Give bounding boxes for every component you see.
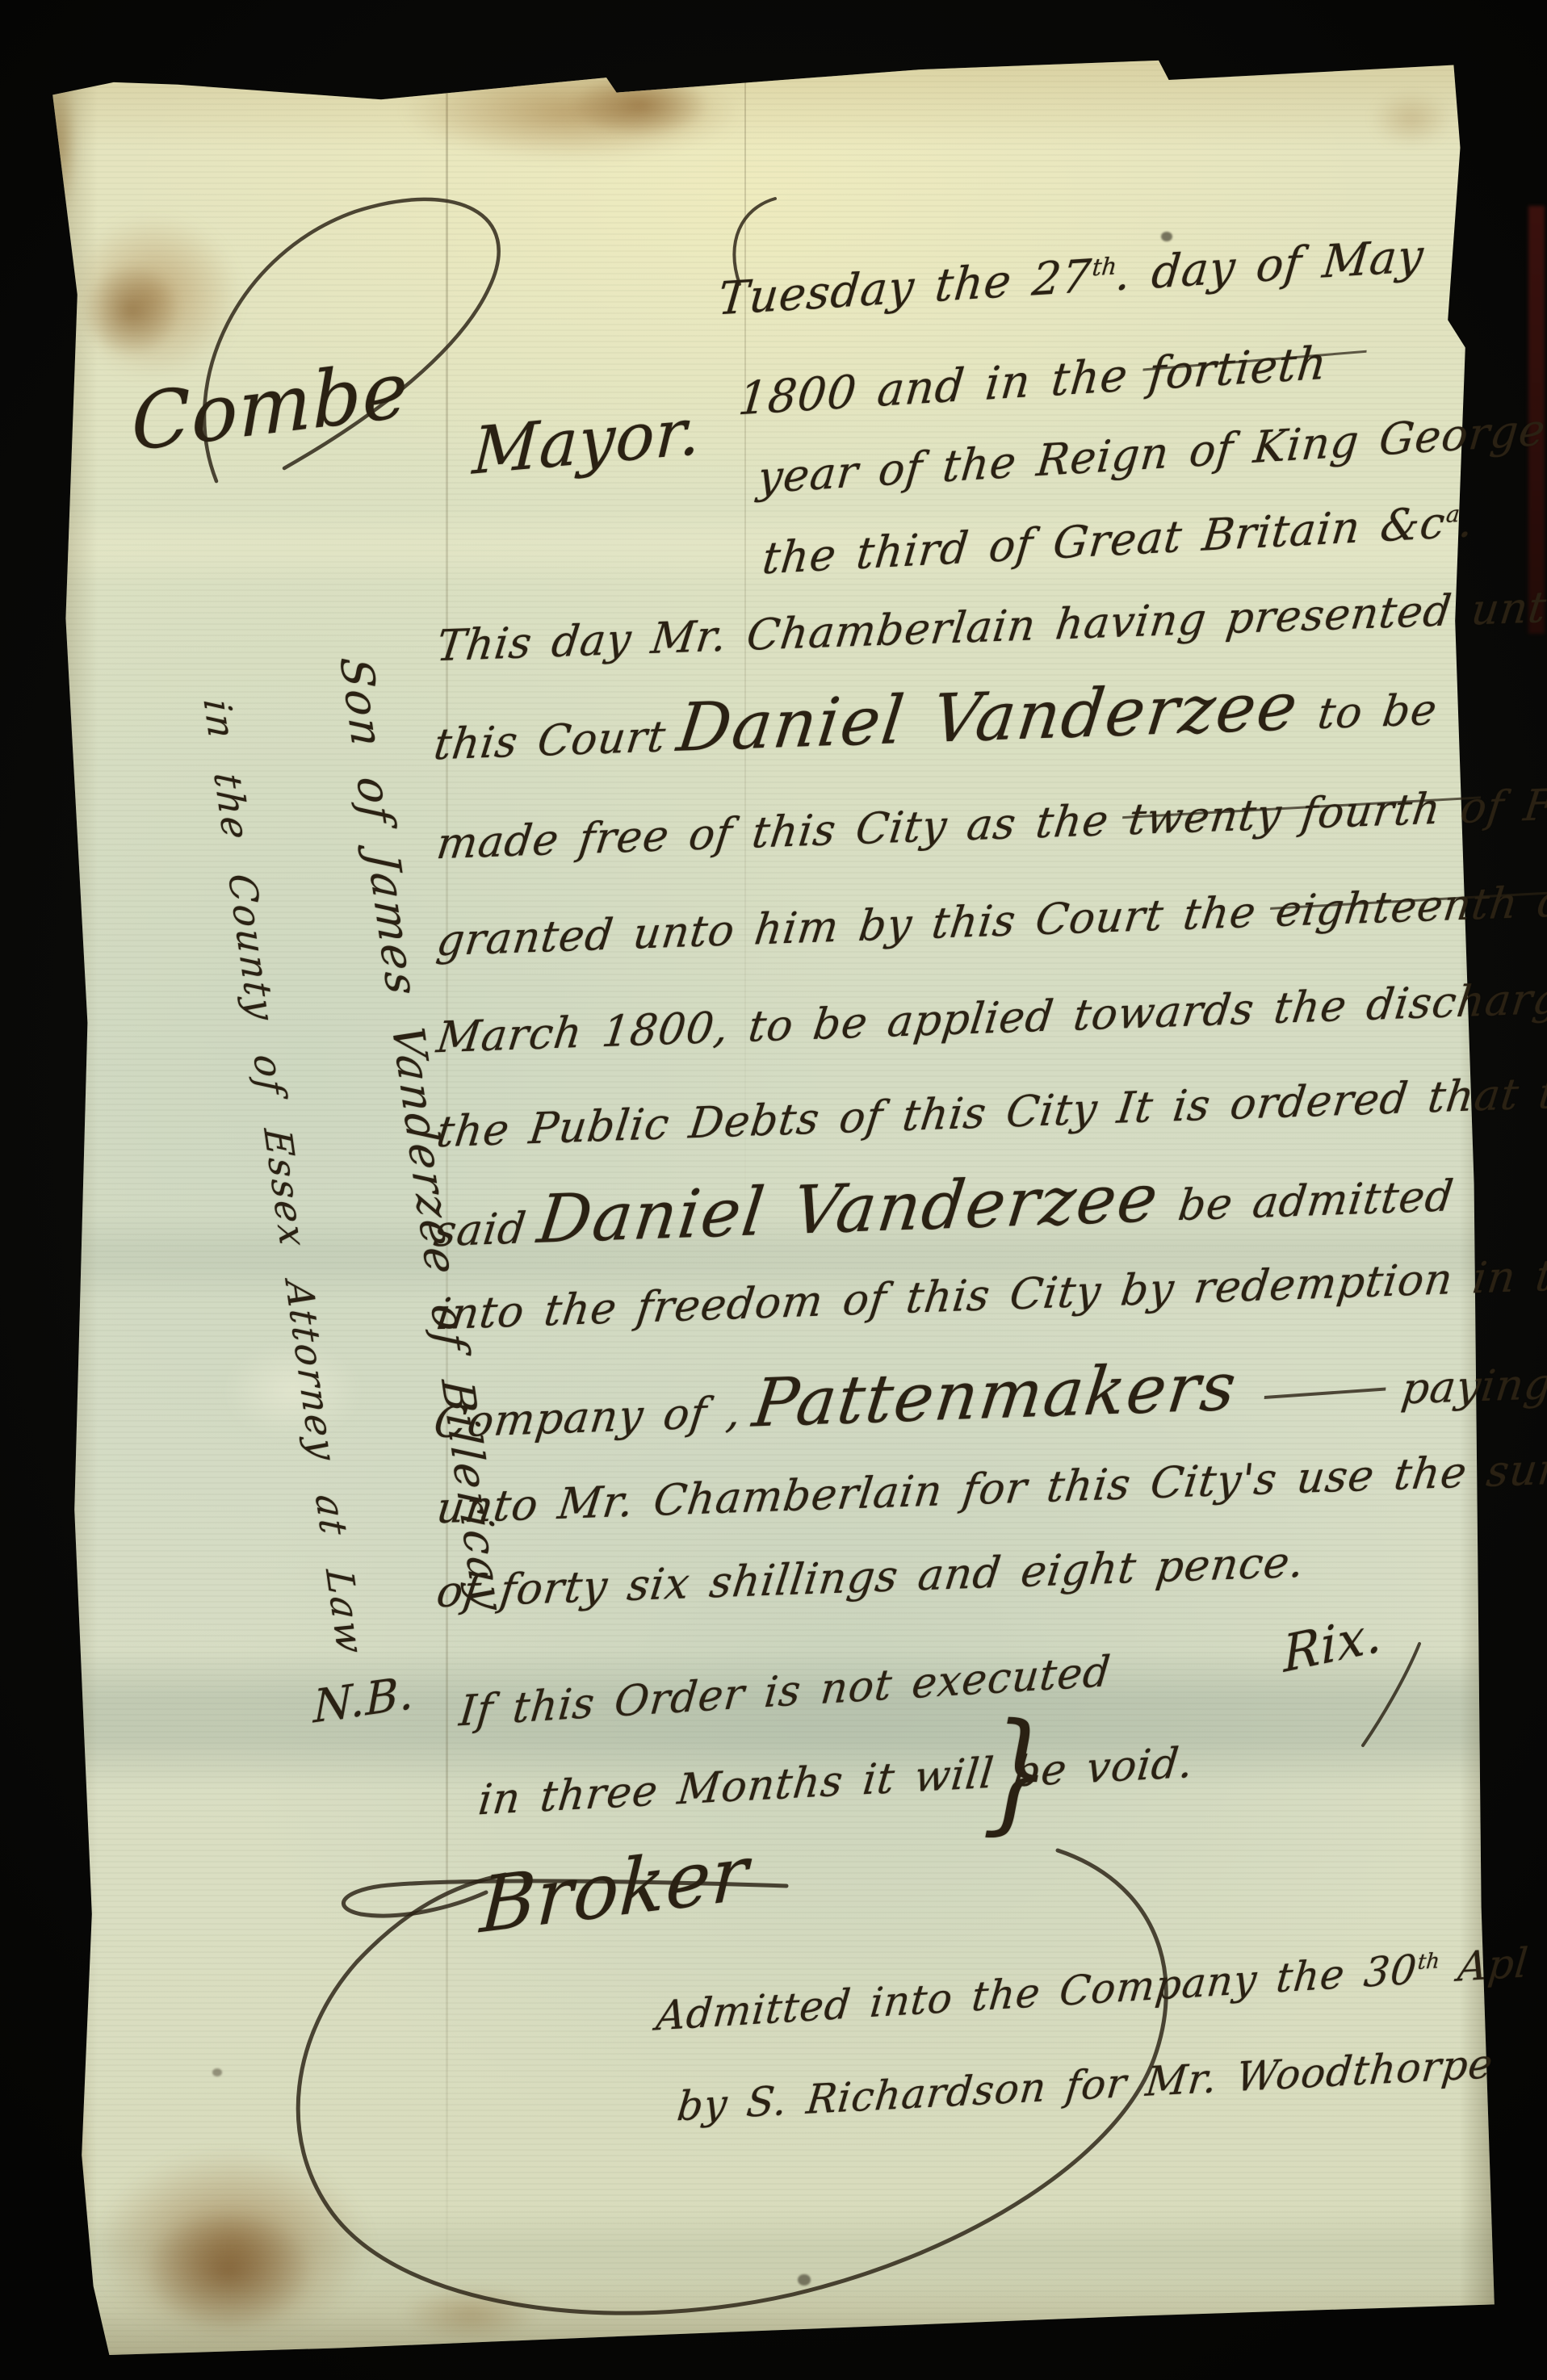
body-line-2-post: to be: [1315, 685, 1440, 739]
regnal-year-word: fortieth: [1146, 337, 1329, 400]
nb-brace: }: [981, 1694, 1054, 1850]
stain-top-center-core: [572, 73, 709, 137]
admission-line-1-post: Apl: [1436, 1939, 1530, 1992]
ink-speck-3: [212, 2068, 222, 2076]
body-line-3-post: of Fifty: [1438, 777, 1547, 833]
flourish-dash: [1264, 1388, 1386, 1400]
tone-band-bottom: [47, 2206, 1500, 2311]
vertical-fold-crease-right: [744, 61, 746, 1272]
body-line-7-post: be admitted: [1176, 1171, 1457, 1230]
stain-top-right: [1371, 90, 1452, 147]
body-line-9-post: paying: [1399, 1360, 1547, 1414]
stain-left-edge-top: [40, 66, 78, 220]
stain-bottom-left: [95, 2149, 370, 2343]
stain-bottom-center: [402, 2286, 539, 2343]
date-day-number: 27: [1029, 250, 1093, 307]
admission-day-number: 30: [1362, 1946, 1419, 1996]
grant-day-word: eighteenth: [1273, 878, 1521, 936]
stain-top-center: [402, 63, 741, 160]
stain-top-left-core: [83, 264, 180, 357]
photograph-stage: Combe Mayor. Tuesday the 27th. day of Ma…: [0, 0, 1547, 2380]
stain-top-left: [67, 216, 241, 377]
body-line-2-pre: this Court: [431, 712, 669, 769]
stain-bottom-left-core: [144, 2210, 313, 2331]
admission-day-ordinal: th: [1416, 1949, 1440, 1975]
ink-speck-1: [1161, 232, 1172, 241]
date-day-ordinal: th: [1091, 252, 1118, 281]
ink-speck-2: [798, 2274, 811, 2286]
stain-left-edge-bottom: [39, 2036, 87, 2351]
